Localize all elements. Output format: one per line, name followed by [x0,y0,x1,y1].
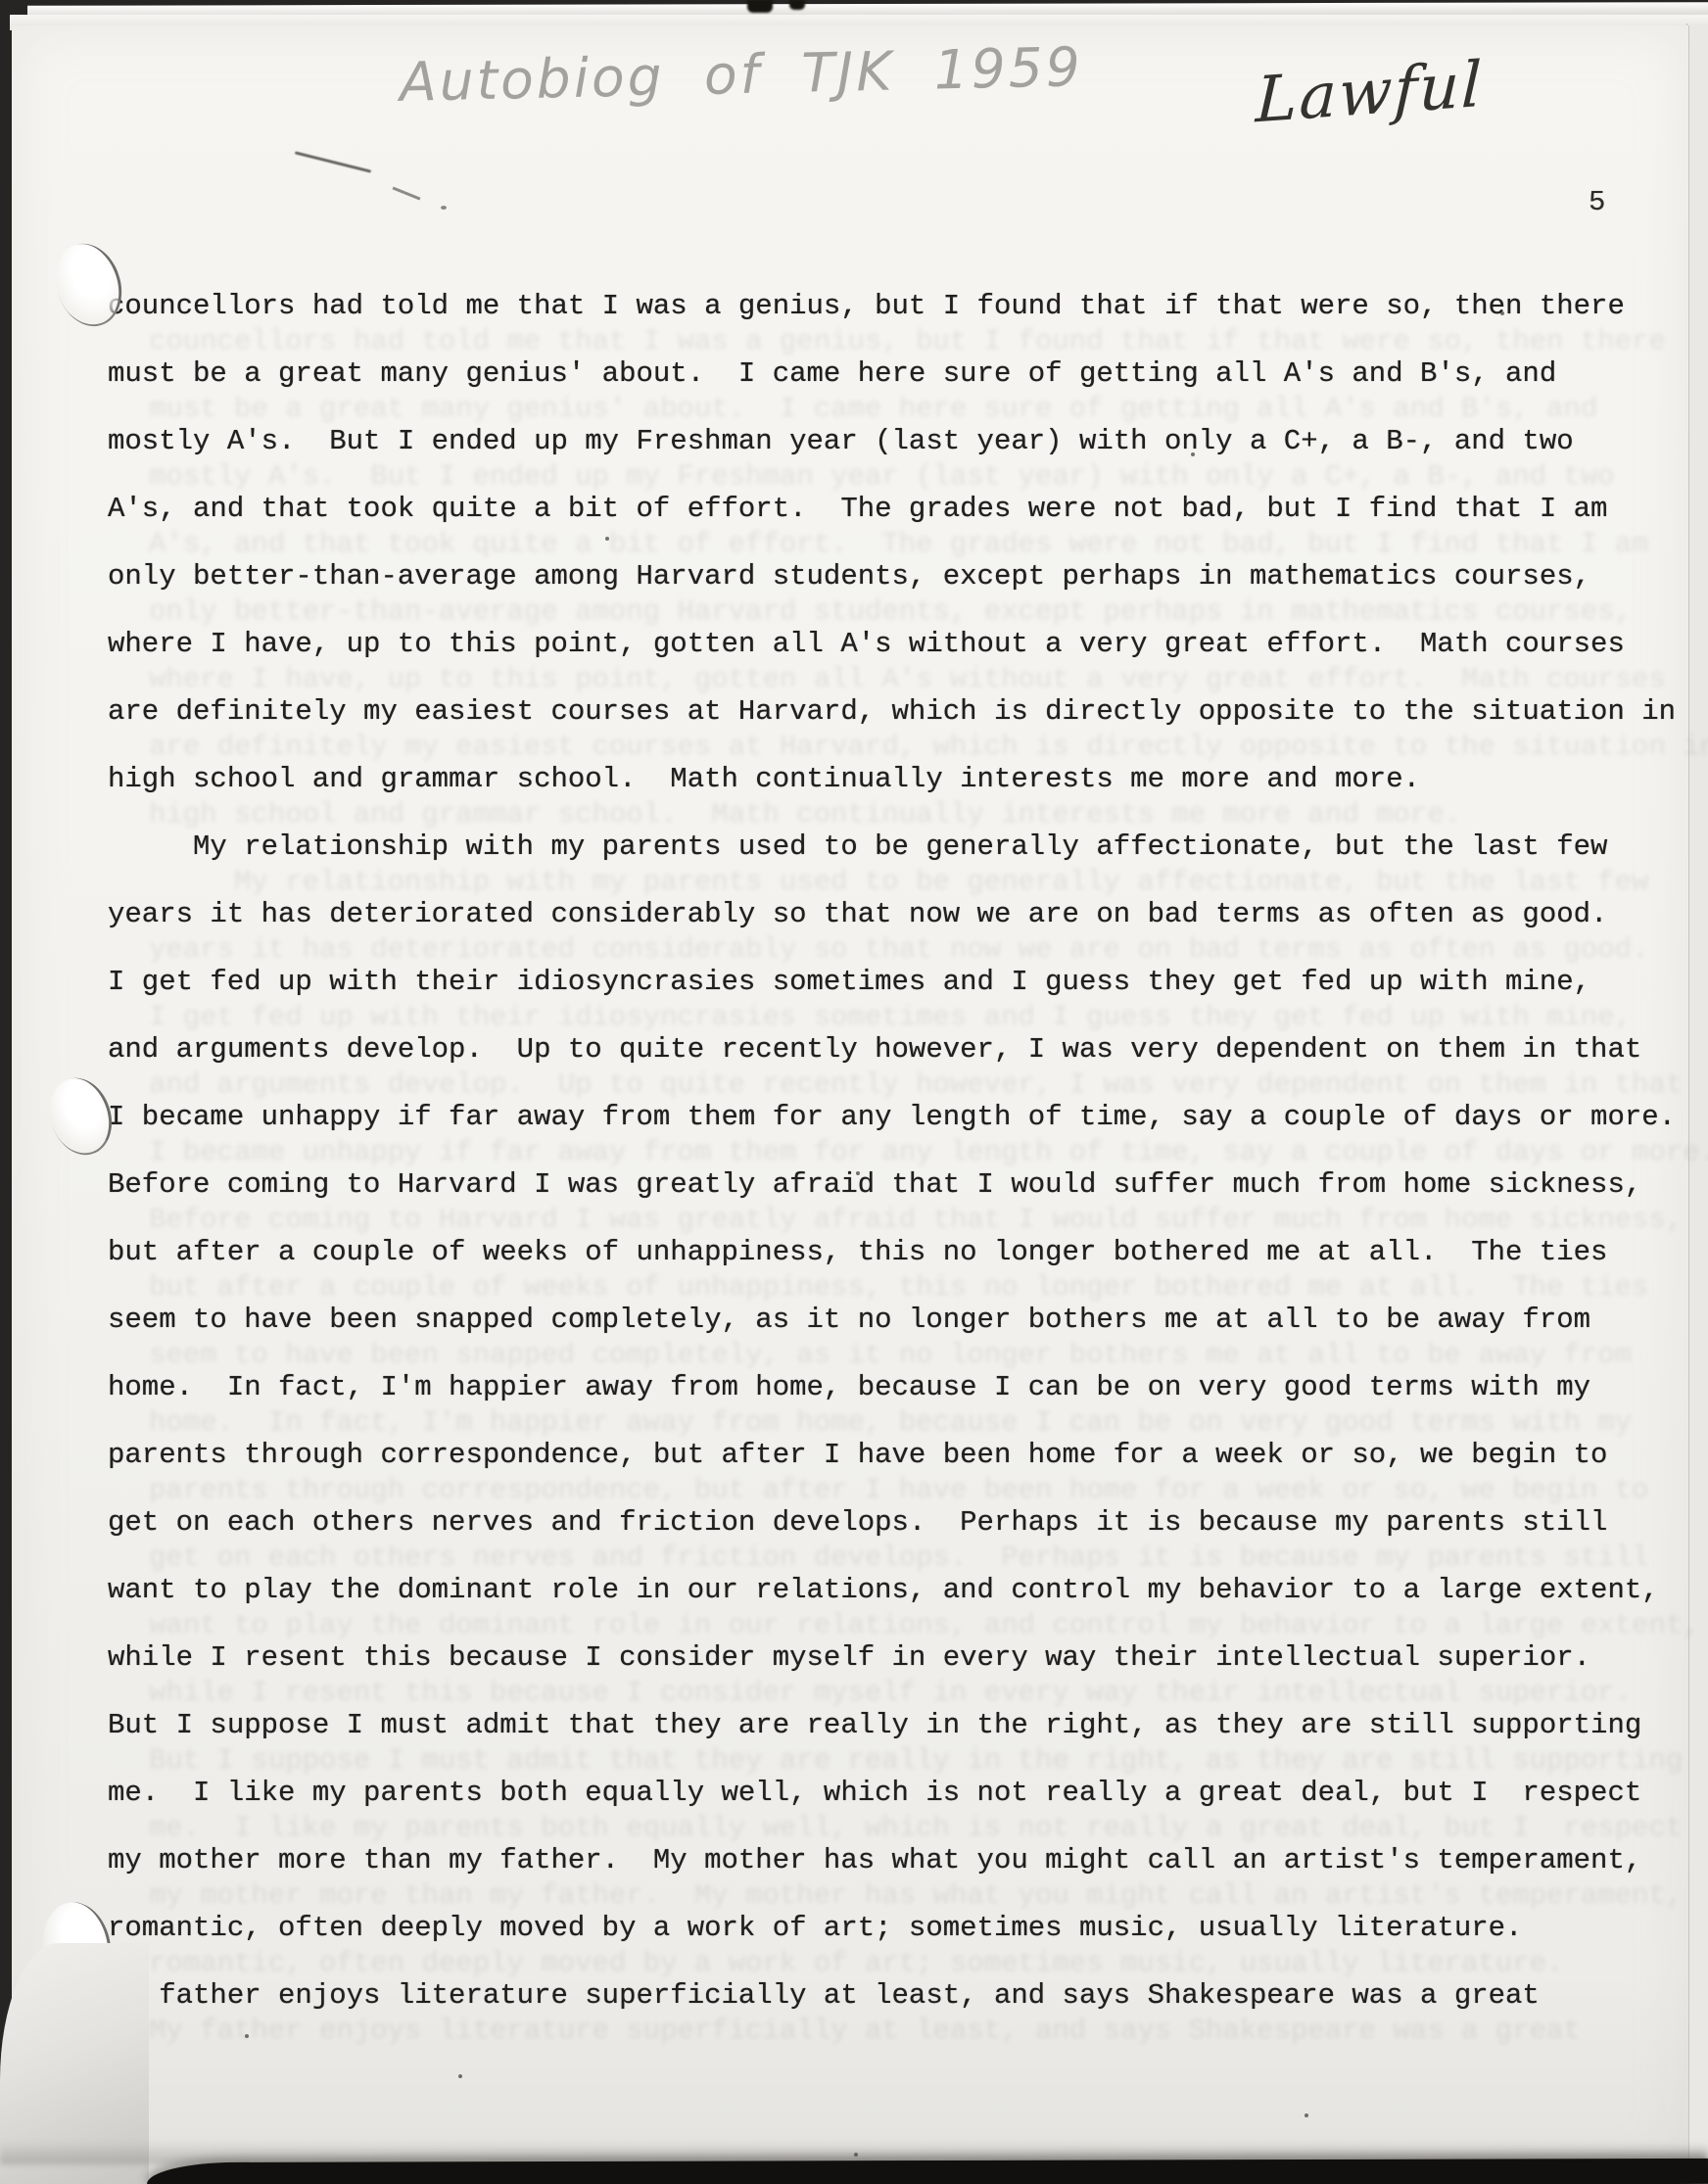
binder-mark [747,0,773,13]
typed-line: parents through correspondence, but afte… [108,1421,1694,1489]
paper-speck [605,537,609,541]
typed-line: home. In fact, I'm happier away from hom… [108,1353,1694,1421]
typed-body-text: councellors had told me that I was a gen… [108,272,1694,2029]
paper-speck [1305,2113,1308,2117]
paper-speck [1500,311,1504,315]
paper-speck [1191,452,1195,456]
binder-mark [789,0,805,10]
typed-line: I get fed up with their idiosyncrasies s… [108,948,1694,1016]
typed-line: want to play the dominant role in our re… [108,1556,1694,1624]
typed-line: My relationship with my parents used to … [108,813,1694,880]
typed-line: me. I like my parents both equally well,… [108,1759,1694,1827]
typed-line: but after a couple of weeks of unhappine… [108,1218,1694,1286]
paper-speck [458,2074,462,2078]
scan-edge-band [147,2159,1708,2184]
scanned-document: Autobiog of TJK 1959 Lawful 5 councellor… [0,0,1708,2184]
typed-line: councellors had told me that I was a gen… [108,272,1694,340]
typed-line: and arguments develop. Up to quite recen… [108,1016,1694,1083]
typed-line: my mother more than my father. My mother… [108,1827,1694,1894]
paper-speck [856,1171,860,1175]
typed-line: get on each others nerves and friction d… [108,1489,1694,1556]
typed-line: years it has deteriorated considerably s… [108,880,1694,948]
typed-line: But I suppose I must admit that they are… [108,1691,1694,1759]
typed-line: seem to have been snapped completely, as… [108,1286,1694,1353]
page-number: 5 [1589,186,1605,218]
pencil-smudge [441,206,447,210]
typed-line: high school and grammar school. Math con… [108,745,1694,813]
typed-line: romantic, often deeply moved by a work o… [108,1894,1694,1962]
typed-line: while I resent this because I consider m… [108,1624,1694,1691]
typed-line: I became unhappy if far away from them f… [108,1083,1694,1151]
typed-line: where I have, up to this point, gotten a… [108,610,1694,678]
typed-line: only better-than-average among Harvard s… [108,543,1694,610]
typed-line: mostly A's. But I ended up my Freshman y… [108,407,1694,475]
typed-line: A's, and that took quite a bit of effort… [108,475,1694,543]
typed-line: My father enjoys literature superficiall… [108,1962,1694,2029]
typed-line: are definitely my easiest courses at Har… [108,678,1694,745]
typed-line: must be a great many genius' about. I ca… [108,340,1694,407]
paper-speck [245,2034,249,2038]
typed-line: Before coming to Harvard I was greatly a… [108,1151,1694,1218]
